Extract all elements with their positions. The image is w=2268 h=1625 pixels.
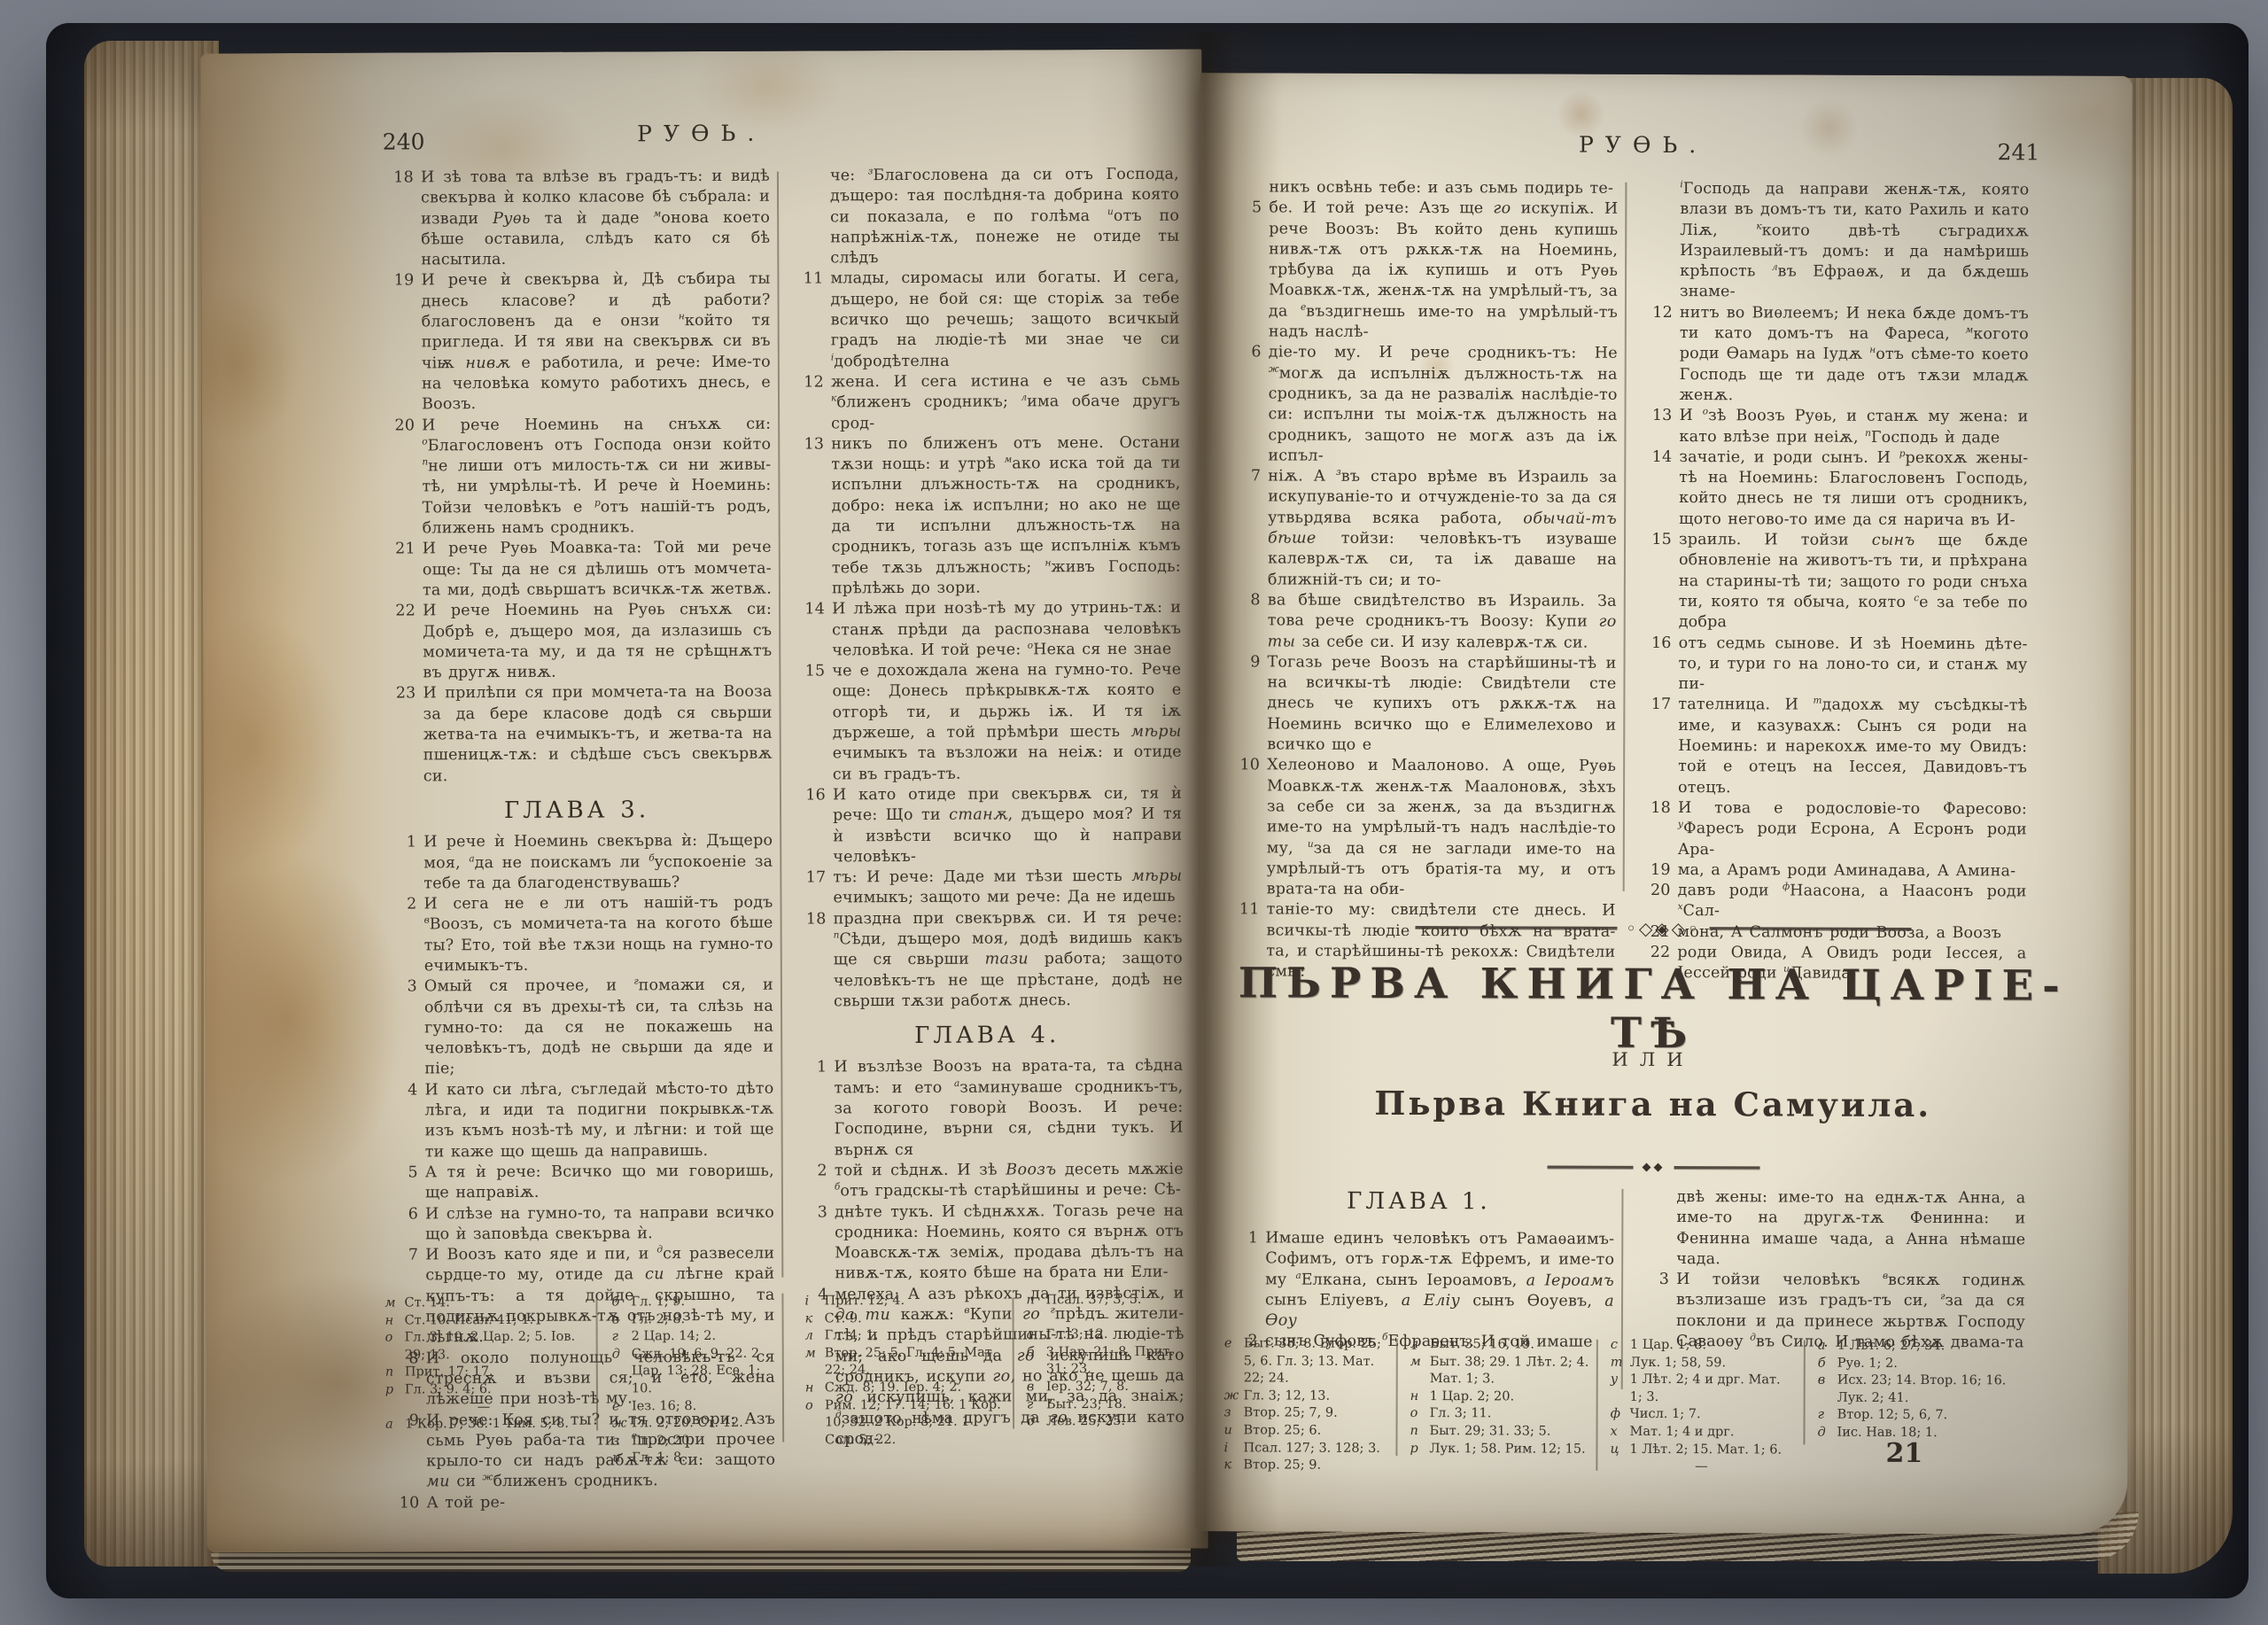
- footnote-reference: Гл. 3; 11.: [1430, 1406, 1492, 1420]
- verse-text: той и сѣднѫ. И зѣ Воозъ десеть мѫжіе бот…: [835, 1161, 1184, 1201]
- footnote-line: пПсал. 37; 3, 5.: [1024, 1292, 1182, 1310]
- footnote-line: дЛев. 25; 25.: [1025, 1413, 1183, 1431]
- footnote-reference: Быт. 23; 18.: [1046, 1396, 1127, 1411]
- verse-number: 19: [1635, 860, 1674, 881]
- footnote-separator: —: [1025, 1309, 1183, 1326]
- verse-text: И прилѣпи ся при момчета-та на Вооза за …: [423, 683, 772, 785]
- footnote-reference: Лев. 25; 25.: [1046, 1414, 1125, 1428]
- footnote-line: дСжд. 19; 6, 9, 22. 2 Цар. 13; 28. Есѳ. …: [610, 1345, 779, 1398]
- verse: 19ма, а Арамъ роди Аминадава, А Амина-: [1635, 860, 2027, 882]
- footnote-marker: е: [612, 1398, 620, 1416]
- verse-number: 19: [378, 271, 417, 292]
- verse-number: 11: [1224, 900, 1263, 921]
- footnotes-column-1: еБыт. 38; 8. Втор. 25; 5, 6. Гл. 3; 13. …: [1222, 1335, 1391, 1474]
- verse-number: 17: [1635, 695, 1674, 715]
- footnote-line: оРим. 12; 17. 14; 16. 1 Кор. 10; 32. 2 К…: [804, 1396, 1002, 1450]
- footnote-marker: а: [1027, 1327, 1035, 1345]
- verse: 1И възлѣзе Воозъ на врата-та, та сѣдна т…: [791, 1056, 1184, 1161]
- footnote-marker: б: [1818, 1355, 1826, 1372]
- verse: 19И рече ѝ свекърва ѝ, Дѣ събира ты днес…: [378, 269, 771, 416]
- verse-text: днѣте тукъ. И сѣднѫхѫ. Тогазь рече на ср…: [835, 1201, 1184, 1283]
- book-subtitle: Пьрва Книга на Самуила.: [1197, 1083, 2109, 1125]
- verse-number: 3: [382, 977, 421, 998]
- verse-number: 17: [790, 867, 829, 888]
- footnote-marker: ж: [1224, 1388, 1239, 1405]
- footnote-divider: [781, 1294, 784, 1442]
- footnote-reference: Быт. 38; 29. 1 Лѣт. 2; 4. Мат. 1; 3.: [1430, 1355, 1589, 1387]
- verse: 22И рече Ноеминь на Руѳь снъхѫ си: Добрѣ…: [380, 600, 772, 684]
- verse-text: Тогазь рече Воозъ на старѣйшины-тѣ и на …: [1267, 653, 1616, 754]
- verse: двѣ жены: име-то на еднѫ-тѫ Анна, а име-…: [1634, 1187, 2025, 1271]
- footnote-marker: ц: [1610, 1441, 1619, 1458]
- footnote-reference: Исх. 23; 14. Втор. 16; 16. Лук. 2; 41.: [1837, 1373, 2007, 1405]
- footnote-marker: о: [1410, 1405, 1418, 1423]
- footnote-marker: с: [1611, 1337, 1618, 1355]
- footnote-marker: н: [805, 1380, 814, 1397]
- verse-number: 9: [1225, 652, 1264, 673]
- verse-number: 14: [1636, 447, 1675, 468]
- verse-text: И лѣжа при нозѣ-тѣ му до утринь-тѫ: и ст…: [832, 599, 1181, 659]
- footnote-reference: Гл. 2; 20.: [632, 1434, 694, 1448]
- footnote-marker: м: [1410, 1354, 1421, 1372]
- footnote-line: мБыт. 38; 29. 1 Лѣт. 2; 4. Мат. 1; 3.: [1409, 1354, 1589, 1389]
- footnote-reference: 1 Цар. 2; 20.: [1430, 1389, 1514, 1403]
- footnote-line: пПрит. 17; 17.: [384, 1364, 586, 1382]
- footnote-line: іПсал. 127; 3. 128; 3.: [1222, 1440, 1390, 1458]
- footnotes-column-2: лБыт. 35; 16, 19. мБыт. 38; 29. 1 Лѣт. 2…: [1408, 1336, 1588, 1458]
- footnote-marker: т: [1611, 1354, 1623, 1372]
- verse-number: 20: [1635, 881, 1674, 901]
- verse: 23И прилѣпи ся при момчета-та на Вооза з…: [380, 682, 773, 787]
- footnote-reference: Быт. 38; 8. Втор. 25; 5, 6. Гл. 3; 13. М…: [1244, 1336, 1381, 1385]
- text-column-1: никъ освѣнь тебе: и азъ сьмь подирь те- …: [1223, 177, 1618, 984]
- verse-number: 2: [792, 1161, 831, 1181]
- footnote-line: зВтор. 25; 7, 9.: [1223, 1405, 1391, 1423]
- footnote-reference: Лук. 1; 58. Рим. 12; 15.: [1429, 1442, 1585, 1457]
- footnote-reference: Гл. 1; 9.: [631, 1295, 685, 1309]
- footnote-line: б3 Цар. 21; 8. Прит. 31; 23.: [1025, 1343, 1183, 1379]
- footnote-marker: у: [1611, 1372, 1618, 1389]
- footnote-marker: з: [1224, 1405, 1231, 1423]
- footnote-line: лБыт. 35; 16, 19.: [1409, 1336, 1589, 1354]
- verse-text: че: зБлагословена да си отъ Господа, дъщ…: [830, 166, 1179, 268]
- footnote-reference: 3 Цар. 21; 8. Прит. 31; 23.: [1046, 1344, 1174, 1376]
- footnote-reference: Гл. 3; 10. 2 Цар. 2; 5. Іов. 29; 13.: [405, 1330, 576, 1362]
- footnote-marker: к: [1223, 1457, 1231, 1474]
- verse-text: Имаше единъ человѣкъ отъ Рамаѳаимъ-Софим…: [1265, 1229, 1614, 1329]
- footnote-line: оГл. 3; 11.: [1409, 1405, 1589, 1423]
- footnote-separator-glyph: —: [1695, 1459, 1710, 1473]
- column-divider: [777, 172, 783, 1278]
- verse-text: зачатіе, и роди сынъ. И ррекохѫ жены-тѣ …: [1679, 448, 2028, 529]
- footnote-reference: Гл. 3; 12, 13.: [1244, 1388, 1331, 1403]
- footnote-marker: з: [612, 1433, 619, 1450]
- book-title-or: ИЛИ: [1197, 1047, 2109, 1072]
- column-divider: [1623, 183, 1627, 891]
- verse-number: 3: [1634, 1270, 1673, 1290]
- footnote-reference: Втор. 25; 9.: [1243, 1458, 1321, 1473]
- verse-text: зраиль. И тойзи сынъ ще бѫде обновленіе …: [1679, 531, 2028, 631]
- verse-text: тъ: И рече: Даде ми тѣзи шесть мѣры ечим…: [833, 867, 1182, 907]
- verse: іГосподь да направи женѫ-тѫ, която влази…: [1637, 179, 2029, 304]
- verse-text: И рече Руѳь Моавка-та: Той ми рече още: …: [423, 539, 772, 599]
- chapter-heading: ГЛАВА 3.: [381, 800, 773, 822]
- footnotes-column-2: бГл. 1; 9. вГл. 2; 8. г2 Цар. 14; 2. дСж…: [610, 1294, 779, 1468]
- footnote-reference: Ст. 9.: [825, 1311, 862, 1326]
- running-title: РУѲЬ.: [1200, 130, 2086, 159]
- footnotes-column-4: пПсал. 37; 3, 5. — аГл. 3; 12. б3 Цар. 2…: [1024, 1292, 1183, 1432]
- running-title: РУѲЬ.: [201, 119, 1202, 149]
- verse: 15зраиль. И тойзи сынъ ще бѫде обновлені…: [1636, 530, 2028, 634]
- footnote-marker: о: [805, 1397, 813, 1415]
- footnote-marker: ф: [1611, 1406, 1620, 1424]
- verse-text: никъ по ближенъ отъ мене. Остани тѫзи но…: [831, 434, 1181, 598]
- footnote-separator: —: [1608, 1458, 1796, 1476]
- chapter1-column-2: двѣ жены: име-то на еднѫ-тѫ Анна, а име-…: [1634, 1187, 2026, 1354]
- footnote-reference: Псал. 127; 3. 128; 3.: [1243, 1441, 1380, 1456]
- verse-text: жена. И сега истина е че азъ сьмь кближе…: [831, 372, 1180, 432]
- verse-text: И рече Ноеминь на Руѳь снъхѫ си: Добрѣ е…: [423, 601, 772, 682]
- footnote-line: хМат. 1; 4 и дрг.: [1608, 1424, 1796, 1442]
- footnote-reference: Ст. 10. Псал. 41; 1.: [405, 1312, 534, 1327]
- footnote-reference: 1 Лѣт. 6; 27, 34.: [1837, 1339, 1945, 1353]
- ornament-divider-small-icon: ◆◆: [1548, 1161, 1760, 1175]
- footnote-marker: о: [385, 1330, 393, 1348]
- verse-text: Хелеоново и Маалоново. А още, Руѳь Моавк…: [1267, 757, 1617, 898]
- verse-text: И рече ѝ Ноеминь свекърва ѝ: Дъщеро моя,…: [423, 832, 773, 892]
- verse-text: тателница. И тдадохѫ му съсѣдкы-тѣ име, …: [1678, 696, 2027, 796]
- verse-number: 3: [792, 1202, 831, 1223]
- footnote-line: иГл. 1; 8.: [610, 1450, 779, 1467]
- verse-text: И рече Ноеминь на снъхѫ си: оБлагословен…: [422, 415, 771, 537]
- footnote-line: с1 Цар. 1; 8.: [1609, 1337, 1797, 1355]
- footnote-marker: а: [1818, 1338, 1826, 1356]
- verse: 15че е дохождала жена на гумно-то. Рече …: [789, 660, 1182, 786]
- verse-number: 18: [378, 167, 417, 188]
- verse-number: 4: [382, 1080, 421, 1100]
- footnote-line: ц1 Лѣт. 2; 15. Мат. 1; 6.: [1608, 1441, 1796, 1458]
- verse-number: 2: [381, 894, 420, 914]
- footnote-marker: х: [1610, 1424, 1617, 1442]
- text-column-2: іГосподь да направи женѫ-тѫ, която влази…: [1635, 179, 2029, 985]
- footnote-line: еІез. 16; 8.: [610, 1397, 779, 1415]
- verse-text: никъ освѣнь тебе: и азъ сьмь подирь те-: [1269, 178, 1613, 197]
- page-number: 241: [1998, 139, 2040, 165]
- verse: 2И сега не е ли отъ нашій-тъ родъ вВоозъ…: [381, 893, 773, 977]
- footnote-reference: Втор. 25; 7, 9.: [1244, 1406, 1338, 1420]
- footnote-marker: р: [1410, 1441, 1417, 1458]
- footnote-line: бРуѳ. 1; 2.: [1816, 1355, 2038, 1372]
- verse: 20И рече Ноеминь на снъхѫ си: оБлагослов…: [379, 414, 772, 540]
- footnote-reference: Прит. 17; 17.: [405, 1365, 493, 1379]
- verse: 1И рече ѝ Ноеминь свекърва ѝ: Дъщеро моя…: [381, 831, 773, 895]
- footnote-marker: е: [1224, 1335, 1232, 1353]
- verse-number: 22: [380, 602, 419, 622]
- footnote-line: тЛук. 1; 58, 59.: [1609, 1354, 1797, 1372]
- footnote-marker: л: [805, 1328, 813, 1346]
- verse: никъ освѣнь тебе: и азъ сьмь подирь те-: [1226, 177, 1618, 199]
- footnote-line: а1 Лѣт. 6; 27, 34.: [1816, 1338, 2038, 1356]
- signature-number: 21: [1815, 1438, 1992, 1470]
- verse-number: 18: [791, 909, 830, 929]
- footnote-line: нСжд. 8; 19. Іер. 4; 2.: [804, 1380, 1002, 1398]
- footnote-marker: и: [612, 1450, 620, 1468]
- footnote-divider: [1596, 1340, 1598, 1471]
- verse: 17тателница. И тдадохѫ му съсѣдкы-тѣ име…: [1635, 695, 2027, 799]
- verse: 14И лѣжа при нозѣ-тѣ му до утринь-тѫ: и …: [789, 598, 1181, 662]
- footnote-separator-glyph: —: [1096, 1310, 1111, 1325]
- verse-text: двѣ жены: име-то на еднѫ-тѫ Анна, а име-…: [1676, 1188, 2025, 1268]
- footnote-reference: Руѳ. 1; 2.: [1837, 1356, 1898, 1370]
- footnote-reference: Гл. 3; 9. 4; 6.: [405, 1382, 492, 1396]
- verse-number: 21: [380, 540, 419, 560]
- footnote-line: мСт. 14.: [383, 1295, 585, 1313]
- verse-number: 5: [1226, 198, 1265, 219]
- verse-number: 18: [1635, 798, 1674, 819]
- footnote-marker: п: [1410, 1423, 1417, 1441]
- verse-number: 5: [383, 1162, 422, 1183]
- footnote-reference: Втор. 12; 5, 6, 7.: [1837, 1408, 1948, 1422]
- footnote-reference: 2 Цар. 14; 2.: [632, 1329, 716, 1343]
- verse: 7ніѫ. А звъ старо врѣме въ Израиль за ис…: [1225, 466, 1617, 591]
- verse-text: ніѫ. А звъ старо врѣме въ Израиль за иск…: [1268, 468, 1617, 589]
- footnote-reference: Іез. 16; 8.: [632, 1399, 696, 1413]
- verse: 5А тя ѝ рече: Всичко що ми говоришь, ще …: [383, 1162, 774, 1205]
- page-edges-left: [84, 41, 219, 1567]
- footnote-reference: Быт. 35; 16, 19.: [1430, 1337, 1534, 1351]
- footnote-line: кВтор. 25; 9.: [1222, 1457, 1390, 1474]
- footnote-reference: Мат. 1; 4 и дрг.: [1629, 1425, 1734, 1439]
- footnote-line: а1 Кор. 7; 36. 1 Тим. 5; 8.: [384, 1416, 586, 1435]
- verse-text: Омый ся прочее, и гпомажи ся, и облѣчи с…: [424, 976, 773, 1078]
- footnote-reference: Быт. 29; 31. 33; 5.: [1429, 1424, 1550, 1438]
- verse: 1Имаше единъ человѣкъ отъ Рамаѳаимъ-Софи…: [1223, 1228, 1614, 1333]
- footnote-line: вИсх. 23; 14. Втор. 16; 16. Лук. 2; 41.: [1816, 1372, 2038, 1408]
- footnote-line: кСт. 9.: [804, 1310, 1002, 1328]
- footnote-line: г2 Цар. 14; 2.: [610, 1328, 779, 1346]
- footnote-reference: Сжд. 8; 19. Іер. 4; 2.: [825, 1380, 961, 1396]
- footnote-marker: ж: [612, 1416, 627, 1434]
- verse-number: 23: [380, 684, 419, 704]
- verse-number: 1: [1223, 1228, 1262, 1248]
- footnote-reference: Іер. 32; 7, 8.: [1046, 1380, 1129, 1394]
- footnote-reference: Рим. 12; 17. 14; 16. 1 Кор. 10; 32. 2 Ко…: [825, 1397, 1001, 1447]
- footnote-divider: [1803, 1341, 1805, 1445]
- footnote-marker: в: [612, 1311, 620, 1329]
- footnote-marker: г: [1027, 1396, 1033, 1414]
- book-photo: 240 РУѲЬ. 18И зѣ това та влѣзе въ градъ-…: [0, 0, 2268, 1625]
- left-page: 240 РУѲЬ. 18И зѣ това та влѣзе въ градъ-…: [200, 50, 1208, 1553]
- verse: 10Хелеоново и Маалоново. А още, Руѳь Моа…: [1224, 756, 1617, 902]
- footnote-reference: Втор. 25; 6.: [1244, 1423, 1322, 1437]
- footnote-line: гБыт. 23; 18.: [1025, 1396, 1183, 1413]
- footnote-reference: 1 Лѣт. 2; 15. Мат. 1; 6.: [1629, 1442, 1782, 1457]
- right-page: РУѲЬ. 241 никъ освѣнь тебе: и азъ сьмь п…: [1195, 73, 2132, 1535]
- footnotes-column-3: іПрит. 12; 4. кСт. 9. лГл. 4; 1. мВтор. …: [803, 1293, 1002, 1450]
- footnote-line: н1 Цар. 2; 20.: [1409, 1388, 1589, 1406]
- footnote-reference: 1 Кор. 7; 36. 1 Тим. 5; 8.: [405, 1417, 569, 1432]
- footnote-marker: н: [385, 1312, 394, 1330]
- footnote-reference: Гл. 2; 8.: [632, 1312, 686, 1326]
- footnote-line: зГл. 2; 20.: [610, 1432, 779, 1450]
- footnote-line: пБыт. 29; 31. 33; 5.: [1408, 1423, 1588, 1441]
- footnote-marker: р: [385, 1382, 393, 1400]
- book-title: ПЬРВА КНИГА НА ЦАРІЕ-ТѢ: [1197, 959, 2109, 1060]
- footnote-separator: —: [384, 1398, 586, 1417]
- verse-number: 7: [383, 1246, 422, 1266]
- footnote-line: вІер. 32; 7, 8.: [1025, 1379, 1183, 1396]
- footnote-line: фЧисл. 1; 7.: [1609, 1406, 1797, 1424]
- footnote-marker: д: [612, 1346, 620, 1364]
- footnotes-column-4: а1 Лѣт. 6; 27, 34. бРуѳ. 1; 2. вИсх. 23;…: [1815, 1338, 2037, 1442]
- verse: 18праздна при свекървѫ си. И тя рече: пС…: [791, 907, 1184, 1012]
- footnote-line: рГл. 3; 9. 4; 6.: [384, 1381, 586, 1400]
- footnote-line: гВтор. 12; 5, 6, 7.: [1816, 1407, 2038, 1425]
- verse: 13И озѣ Воозъ Руѳь, и станѫ му жена: и к…: [1636, 406, 2028, 448]
- verse-number: 10: [1224, 756, 1263, 776]
- footnotes-column-1: мСт. 14. нСт. 10. Псал. 41; 1. оГл. 3; 1…: [383, 1295, 586, 1435]
- footnote-marker: п: [1026, 1292, 1034, 1310]
- footnote-divider: [1395, 1339, 1397, 1456]
- footnote-line: жГл. 2; 20. Ст. 12.: [610, 1415, 779, 1433]
- footnote-reference: Втор. 25; 5. Гл. 4; 5. Мат. 22; 24.: [825, 1345, 997, 1377]
- verse: 3днѣте тукъ. И сѣднѫхѫ. Тогазь рече на с…: [792, 1201, 1184, 1285]
- footnote-reference: Сжд. 19; 6, 9, 22. 2 Цар. 13; 28. Есѳ. 1…: [632, 1347, 761, 1396]
- verse: 10А той ре-: [384, 1491, 775, 1513]
- verse-text: ма, а Арамъ роди Аминадава, А Амина-: [1678, 861, 2016, 880]
- verse-text: И като си лѣга, съгледай мѣсто-то дѣто л…: [424, 1079, 773, 1161]
- verse: 16отъ седмь сынове. И зѣ Ноеминь дѣте-то…: [1635, 633, 2027, 696]
- footnote-reference: Гл. 1; 8.: [632, 1450, 686, 1465]
- verse: 2той и сѣднѫ. И зѣ Воозъ десеть мѫжіе бо…: [792, 1160, 1184, 1203]
- verse: 20давъ роди фНаасона, а Наасонъ роди хСа…: [1635, 881, 2027, 923]
- verse-text: іГосподь да направи женѫ-тѫ, която влази…: [1680, 180, 2029, 301]
- footnote-reference: Гл. 2; 20. Ст. 12.: [632, 1416, 743, 1431]
- footnote-line: мВтор. 25; 5. Гл. 4; 5. Мат. 22; 24.: [804, 1344, 1002, 1380]
- footnotes-column-3: с1 Цар. 1; 8. тЛук. 1; 58, 59. у1 Лѣт. 2…: [1608, 1337, 1797, 1476]
- verse-text: И като отиде при свекървѫ си, тя ѝ рече:…: [833, 785, 1182, 867]
- verse: 6И слѣзе на гумно-то, та направи всичко …: [383, 1202, 774, 1246]
- verse-number: 20: [379, 416, 418, 436]
- verse-text: че е дохождала жена на гумно-то. Рече ощ…: [832, 661, 1181, 783]
- verse-text: И рече ѝ свекърва ѝ, Дѣ събира ты днесь …: [421, 270, 771, 413]
- verse: 17тъ: И рече: Даде ми тѣзи шесть мѣры еч…: [790, 867, 1182, 910]
- verse-number: 6: [1226, 343, 1265, 363]
- verse: 14зачатіе, и роди сынъ. И ррекохѫ жены-т…: [1636, 447, 2028, 532]
- verse: 4И като си лѣга, съгледай мѣсто-то дѣто …: [382, 1078, 773, 1162]
- footnote-marker: д: [1027, 1414, 1035, 1432]
- footnote-marker: и: [1223, 1422, 1231, 1440]
- verse-number: 8: [1225, 590, 1264, 610]
- verse-text: бе. И той рече: Азъ ще го искупіѫ. И реч…: [1269, 199, 1619, 341]
- ornament-divider-icon: ◦◇◈◇◦: [1415, 917, 1911, 940]
- footnote-line: еБыт. 38; 8. Втор. 25; 5, 6. Гл. 3; 13. …: [1223, 1335, 1391, 1388]
- verse-number: 12: [788, 372, 827, 393]
- chapter-heading: ГЛАВА 4.: [791, 1025, 1183, 1047]
- footnote-line: оГл. 3; 10. 2 Цар. 2; 5. Іов. 29; 13.: [384, 1329, 586, 1365]
- footnote-separator-glyph: —: [478, 1400, 493, 1414]
- verse-number: 10: [384, 1493, 423, 1513]
- footnote-reference: Числ. 1; 7.: [1630, 1407, 1701, 1421]
- chapter-heading-text: ГЛАВА 3.: [504, 797, 649, 824]
- footnote-marker: г: [612, 1329, 618, 1347]
- footnote-marker: н: [1410, 1388, 1419, 1406]
- footnote-marker: в: [1027, 1379, 1035, 1396]
- footnote-line: аГл. 3; 12.: [1025, 1326, 1183, 1344]
- footnote-marker: л: [1410, 1336, 1418, 1354]
- verse-text: И зѣ това та влѣзе въ градъ-тъ: и видѣ с…: [421, 167, 770, 269]
- footnote-reference: Прит. 12; 4.: [824, 1294, 905, 1308]
- footnote-line: жГл. 3; 12, 13.: [1223, 1388, 1391, 1405]
- verse: 11млады, сиромасы или богаты. И сега, дъ…: [788, 268, 1180, 372]
- footnote-line: іПрит. 12; 4.: [803, 1293, 1001, 1311]
- footnote-reference: Гл. 3; 12.: [1046, 1327, 1108, 1341]
- verse-number: 14: [789, 600, 828, 620]
- verse: 12нитъ во Виѳлеемъ; И нека бѫде домъ-тъ …: [1637, 303, 2029, 408]
- footnote-marker: м: [384, 1295, 395, 1313]
- footnote-line: нСт. 10. Псал. 41; 1.: [384, 1311, 586, 1330]
- verse-number: 16: [790, 785, 829, 805]
- verse: 18И това е родословіе-то Фаресово: уФаре…: [1635, 798, 2027, 861]
- footnote-line: у1 Лѣт. 2; 4 и дрг. Мат. 1; 3.: [1609, 1372, 1797, 1407]
- verse-number: 13: [788, 434, 827, 455]
- verse: 8ва бѣше свидѣтелство въ Израиль. За тов…: [1225, 590, 1617, 653]
- footnote-reference: Псал. 37; 3, 5.: [1045, 1293, 1141, 1307]
- verse: 16И като отиде при свекървѫ си, тя ѝ реч…: [790, 784, 1182, 868]
- verse: че: зБлагословена да си отъ Господа, дъщ…: [788, 165, 1180, 269]
- footnote-marker: б: [611, 1294, 619, 1311]
- verse-number: 12: [1637, 303, 1676, 323]
- footnote-line: вГл. 2; 8.: [610, 1310, 779, 1328]
- footnote-marker: а: [385, 1417, 393, 1435]
- footnote-line: лГл. 4; 1.: [804, 1327, 1002, 1346]
- verse-text: отъ седмь сынове. И зѣ Ноеминь дѣте-то, …: [1678, 634, 2027, 694]
- verse-text: праздна при свекървѫ си. И тя рече: пСѣд…: [834, 908, 1183, 1010]
- verse: 18И зѣ това та влѣзе въ градъ-тъ: и видѣ…: [378, 167, 771, 271]
- verse: 6діе-то му. И рече сродникъ-тъ: Не жмогѫ…: [1225, 343, 1617, 468]
- footnote-reference: Лук. 1; 58, 59.: [1630, 1355, 1726, 1369]
- verse: 9Тогазь рече Воозъ на старѣйшины-тѣ и на…: [1224, 652, 1616, 757]
- verse-number: 11: [788, 269, 827, 290]
- verse-number: 15: [789, 662, 828, 682]
- chapter-heading: ГЛАВА 1.: [1223, 1187, 1614, 1216]
- footnote-line: рЛук. 1; 58. Рим. 12; 15.: [1408, 1441, 1588, 1458]
- verse: 5бе. И той рече: Азъ ще го искупіѫ. И ре…: [1226, 198, 1619, 345]
- verse-number: 16: [1636, 633, 1675, 653]
- text-column-2: че: зБлагословена да си отъ Господа, дъщ…: [788, 165, 1184, 1450]
- verse-text: давъ роди фНаасона, а Наасонъ роди хСал-: [1678, 882, 2027, 920]
- verse-text: А той ре-: [426, 1494, 505, 1512]
- footnote-reference: 1 Цар. 1; 8.: [1630, 1338, 1706, 1352]
- verse-text: И сега не е ли отъ нашій-тъ родъ вВоозъ,…: [423, 894, 773, 976]
- verse-number: 13: [1636, 406, 1675, 426]
- footnote-marker: б: [1027, 1344, 1035, 1362]
- footnote-marker: г: [1818, 1407, 1824, 1425]
- footnote-marker: і: [1223, 1440, 1228, 1458]
- verse-text: А тя ѝ рече: Всичко що ми говоришь, ще н…: [425, 1162, 774, 1202]
- verse-text: И слѣзе на гумно-то, та направи всичко щ…: [425, 1203, 774, 1243]
- verse-text: И озѣ Воозъ Руѳь, и станѫ му жена: и кат…: [1679, 407, 2028, 447]
- chapter-heading-text: ГЛАВА 4.: [914, 1022, 1060, 1049]
- verse-number: 1: [791, 1058, 830, 1078]
- verse-text: нитъ во Виѳлеемъ; И нека бѫде домъ-тъ ти…: [1680, 304, 2029, 404]
- verse: 13никъ по ближенъ отъ мене. Остани тѫзи …: [788, 433, 1181, 600]
- chapter1-column-1: 1Имаше единъ человѣкъ отъ Рамаѳаимъ-Софи…: [1223, 1228, 1614, 1353]
- footnote-marker: п: [385, 1365, 393, 1382]
- verse: 12жена. И сега истина е че азъ сьмь кбли…: [788, 371, 1180, 435]
- verse-number: 15: [1636, 530, 1675, 550]
- footnote-marker: м: [805, 1345, 816, 1363]
